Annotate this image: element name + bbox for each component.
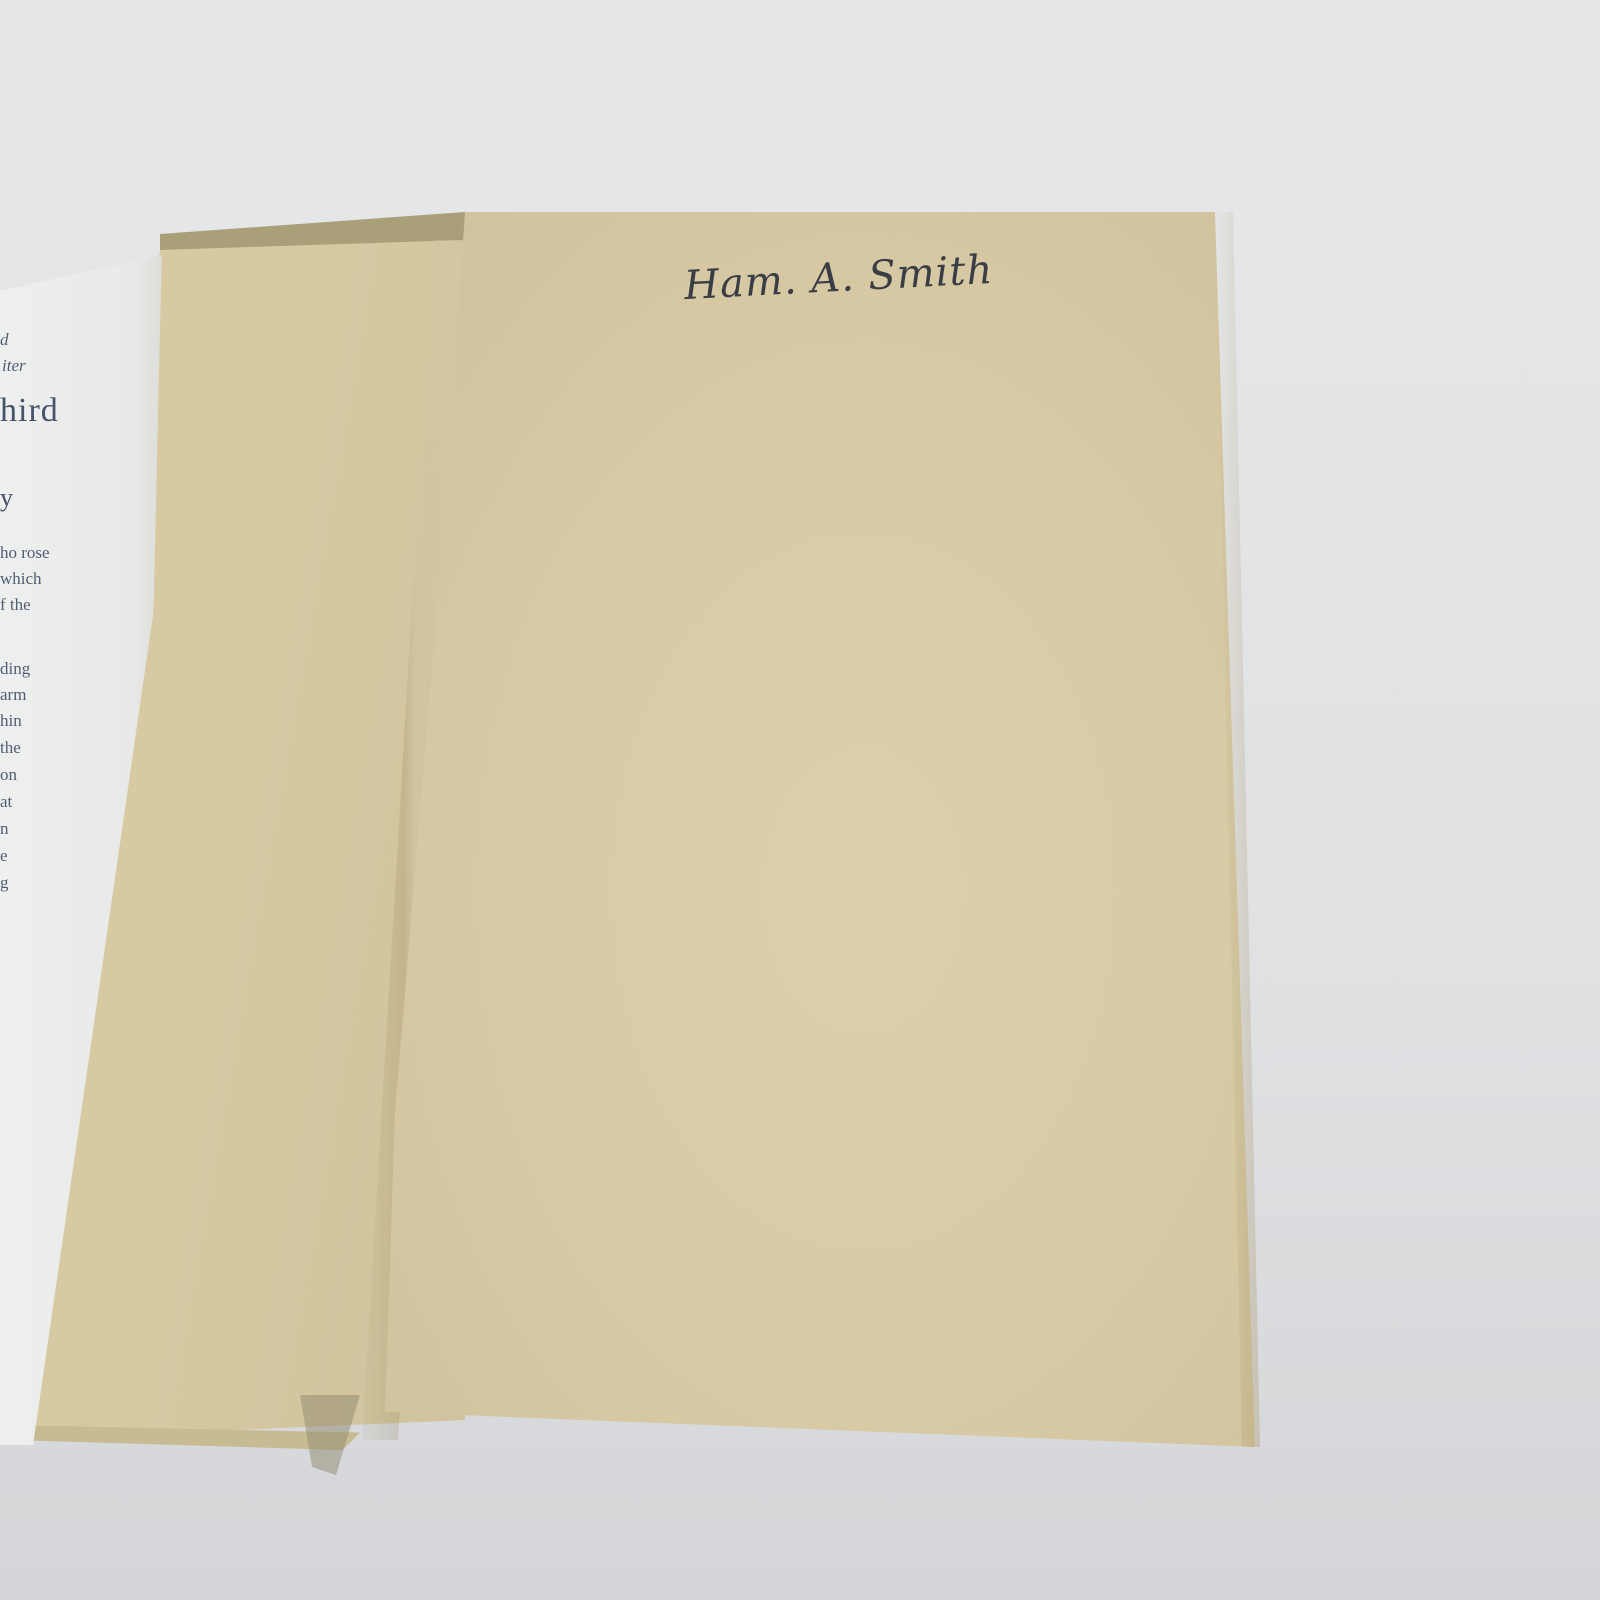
flap-text-line: d [0, 330, 9, 350]
flap-body-line: f the [0, 592, 31, 618]
flap-body-line: on [0, 762, 17, 788]
flap-body-line: ho rose [0, 540, 50, 566]
flap-body-line: arm [0, 682, 26, 708]
free-endpaper-page [385, 212, 1255, 1447]
book-photo: d iter hird y ho rose which f the ding a… [0, 0, 1600, 1600]
flap-text-line: iter [2, 356, 26, 376]
flap-body-line: hin [0, 708, 22, 734]
flap-title-fragment: hird [0, 392, 59, 430]
flap-body-line: ding [0, 656, 30, 682]
flap-body-line: n [0, 816, 9, 842]
flap-text-line: y [0, 483, 14, 513]
flap-body-line: which [0, 566, 42, 592]
flap-body-line: at [0, 789, 12, 815]
flap-body-line: the [0, 735, 21, 761]
flap-body-line: g [0, 870, 9, 896]
flap-body-line: e [0, 843, 8, 869]
